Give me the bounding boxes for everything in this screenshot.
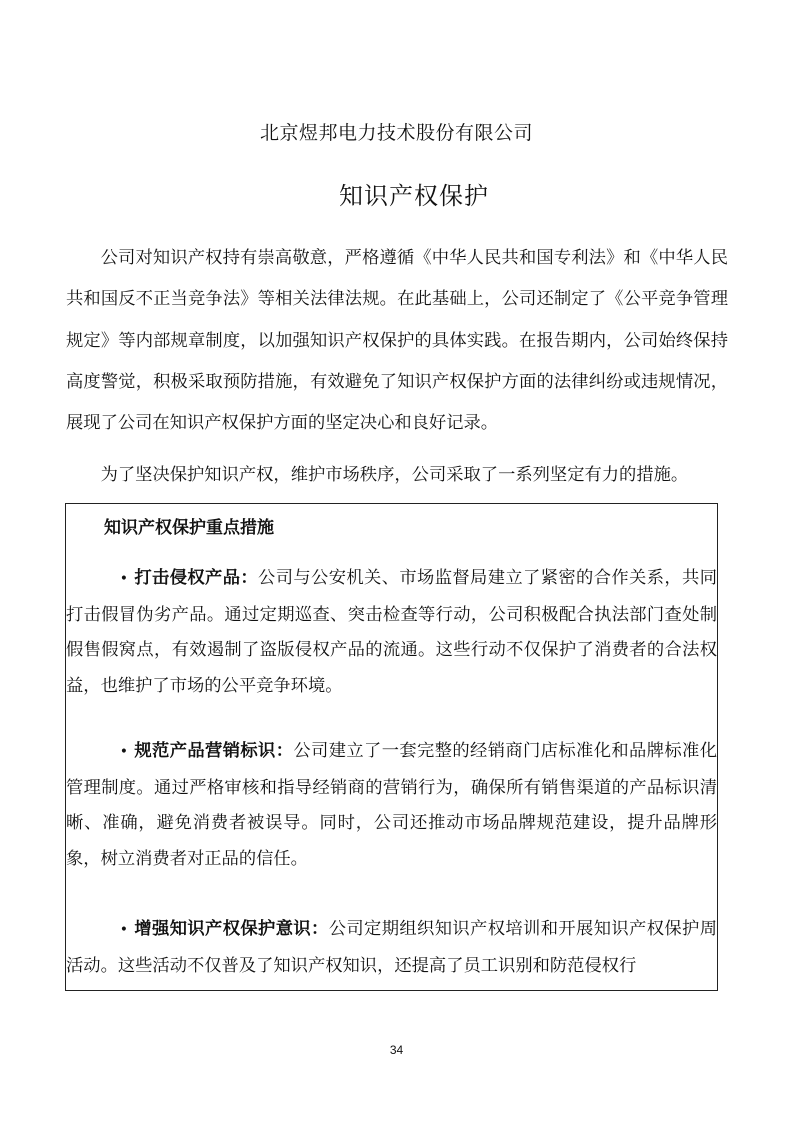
measure-label: 增强知识产权保护意识： — [134, 919, 329, 939]
measure-item: •打击侵权产品：公司与公安机关、市场监督局建立了紧密的合作关系，共同打击假冒伪劣… — [66, 561, 717, 704]
measure-label: 规范产品营销标识： — [134, 741, 293, 761]
bullet-icon: • — [66, 913, 134, 949]
measures-intro-paragraph: 为了坚决保护知识产权，维护市场秩序，公司采取了一系列坚定有力的措施。 — [66, 455, 728, 496]
measure-item: •增强知识产权保护意识：公司定期组织知识产权培训和开展知识产权保护周活动。这些活… — [66, 912, 717, 984]
box-title: 知识产权保护重点措施 — [104, 513, 274, 538]
page-number: 34 — [0, 1043, 793, 1057]
bullet-icon: • — [66, 562, 134, 598]
bullet-icon: • — [66, 735, 134, 771]
company-name: 北京煜邦电力技术股份有限公司 — [0, 118, 793, 145]
measure-item: •规范产品营销标识：公司建立了一套完整的经销商门店标准化和品牌标准化管理制度。通… — [66, 734, 717, 877]
section-title: 知识产权保护 — [0, 176, 793, 211]
intro-paragraph: 公司对知识产权持有崇高敬意，严格遵循《中华人民共和国专利法》和《中华人民共和国反… — [66, 238, 728, 444]
key-measures-box: 知识产权保护重点措施 •打击侵权产品：公司与公安机关、市场监督局建立了紧密的合作… — [65, 503, 718, 991]
measure-label: 打击侵权产品： — [134, 568, 258, 588]
document-page: 北京煜邦电力技术股份有限公司 知识产权保护 公司对知识产权持有崇高敬意，严格遵循… — [0, 0, 793, 1122]
